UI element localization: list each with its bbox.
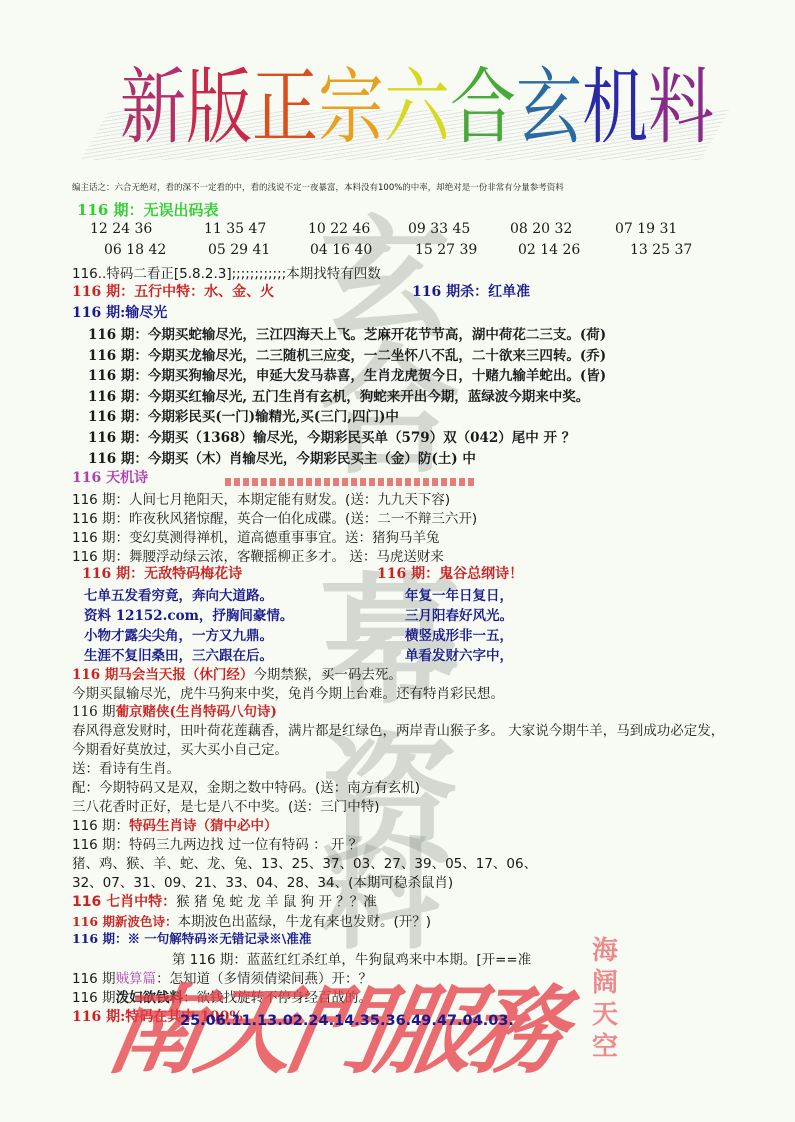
shengxiao-heading-red: 特码生肖诗（猜中必中） [129,818,278,834]
vertical-char: 阔 [592,967,622,999]
code-group: 12 24 36 [90,221,152,237]
meihua-line: 资料 12152.com，抒胸间豪情。 [84,604,293,624]
shujin-heading: 116 期:输尽光 [72,302,167,322]
mahui-heading-red: 116 期马会当天报（休门经） [72,667,253,683]
bose-line: 116 期新波色诗：本期波色出蓝绿，牛龙有来也发财。(开？) [72,910,431,930]
code-group: 11 35 47 [204,221,266,237]
pujing-line: 春风得意发财时，田叶荷花莲藕香，满片都是红绿色，两岸青山猴子多。 大家说今期牛羊… [72,719,724,739]
meihua-heading: 116 期：无敌特码梅花诗 [82,563,242,583]
tianji-heading: 116 天机诗 [72,467,148,487]
shujin-line: 116 期：今期买狗输尽光，申延大发马恭喜，生肖龙虎贺今日，十赌九输羊蛇出。(皆… [88,364,606,384]
jisuan-prefix: 116 期 [72,971,116,987]
pujing-heading-red: 葡京赌侠(生肖特码八句诗) [116,704,277,720]
final-numbers: 25.06.11.13.02.24.14.35.36.49.47.04.03. [180,1013,514,1029]
guigu-line: 年复一年日复日， [405,584,513,604]
qixiao-line: 116 七肖中特：猴 猪 兔 蛇 龙 羊 鼠 狗 开 ？？准 [72,890,377,911]
vertical-char: 空 [592,1031,622,1063]
code-group: 04 16 40 [310,242,372,258]
code-group: 02 14 26 [518,242,580,258]
code-group: 09 33 45 [408,221,470,237]
title-char: 宗 [318,36,382,180]
guigu-line: 横竖成形非一五， [405,624,513,644]
shengxiao-heading: 116 期：特码生肖诗（猜中必中） [72,814,278,834]
codes-heading: 116 期：无误出码表 [77,199,219,220]
shujin-line: 116 期：今期彩民买(一门)输精光,买(三门,四门)中 [88,405,399,425]
wuxing-left: 116 期：五行中特：水、金、火 [72,281,274,301]
pujing-heading: 116 期葡京赌侠(生肖特码八句诗) [72,700,277,720]
meihua-line: 小物才露尖尖角，一方又九鼎。 [84,624,273,644]
shujin-line: 116 期：今期买蛇输尽光，三江四海天上飞。芝麻开花节节高，湖中荷花二三支。(荷… [88,323,606,343]
bose-label: 116 期新波色诗： [72,914,177,929]
calligraphy-vertical: 海 阔 天 空 [592,935,622,1063]
guigu-line: 单看发财六字中， [405,644,513,664]
code-group: 07 19 31 [615,221,677,237]
title-char: 六 [384,36,448,180]
pujing-line: 三八花香时正好，是七是八不中奖。(送：三门中特) [72,795,380,815]
tianji-line: 116 期：舞腰浮动绿云浓，客鞭摇柳正多才。 送：马虎送财来 [72,545,444,565]
mahui-heading-rest: 今期禁猴，买一码去死。 [253,667,402,683]
intro-text: 编主话之：六合无绝对，看的深不一定看的中，看的浅说不定一夜暴富，本料没有100%… [72,181,564,193]
faded-red-text [225,478,475,486]
pujing-prefix: 116 期 [72,704,116,720]
code-group: 13 25 37 [630,242,692,258]
page-title: 新版正宗六合玄机料 [120,50,712,165]
title-char: 版 [186,36,250,180]
title-char: 玄 [516,36,580,180]
shujin-line: 116 期：今期买（1368）输尽光，今期彩民买单（579）双（042）尾中 开… [88,426,575,446]
tema-line: 116..特码二看正[5.8.2.3];;;;;;;;;;;;本期找特有四数 [72,262,381,282]
bose-text: 本期波色出蓝绿，牛龙有来也发财。(开？) [177,914,431,930]
code-group: 15 27 39 [415,242,477,258]
code-group: 08 20 32 [510,221,572,237]
mahui-line: 今期买鼠输尽光，虎牛马狗来中奖，兔肖今期上台难。还有特肖彩民想。 [72,682,504,702]
qixiao-label: 116 七肖中特： [72,894,176,910]
pujing-line: 送：看诗有生肖。 [72,757,180,777]
title-char: 料 [648,36,712,180]
guigu-heading: 116 期：鬼谷总纲诗！ [377,563,523,583]
title-char: 新 [120,36,184,180]
yiju-heading: 116 期：※ 一句解特码※无错记录※\准准 [72,929,311,947]
pujing-line: 今期看好莫放过，买大买小自己定。 [72,738,288,758]
code-group: 05 29 41 [208,242,270,258]
code-group: 10 22 46 [308,221,370,237]
mahui-heading: 116 期马会当天报（休门经）今期禁猴，买一码去死。 [72,663,402,683]
pofu-prefix: 116 期 [72,990,116,1006]
tianji-line: 116 期：人间七月艳阳天，本期定能有财发。(送：九九天下容) [72,488,450,508]
title-char: 合 [450,36,514,180]
meihua-line: 生涯不复旧桑田，三六跟在后。 [84,644,273,664]
title-char: 机 [582,36,646,180]
vertical-char: 海 [592,935,622,967]
shengxiao-line: 猪、鸡、猴、羊、蛇、龙、兔、13、25、37、03、27、39、05、17、06… [72,852,537,872]
shengxiao-line: 32、07、31、09、21、33、04、28、34、(本期可稳杀鼠肖) [72,871,453,891]
shujin-line: 116 期：今期买（木）肖输尽光，今期彩民买主（金）防(土) 中 [88,447,476,467]
vertical-char: 天 [592,999,622,1031]
code-group: 06 18 42 [104,242,166,258]
meihua-line: 七单五发看穷竟，奔向大道路。 [84,584,273,604]
title-char: 正 [252,36,316,180]
qixiao-text: 猴 猪 兔 蛇 龙 羊 鼠 狗 开 ？？准 [176,894,377,910]
guigu-line: 三月阳春好风光。 [405,604,513,624]
tianji-line: 116 期：变幻莫测得禅机，道高德重事事宜。送：猪狗马羊兔 [72,526,440,546]
shujin-line: 116 期：今期买红输尽光, 五门生肖有玄机，狗蛇来开出今期，蓝绿波今期来中奖。 [88,385,589,405]
wuxing-right: 116 期杀：红单准 [412,281,530,301]
shujin-line: 116 期：今期买龙输尽光，二三随机三应变，一二坐怀八不乱，二十欲来三四转。(乔… [88,344,606,364]
shengxiao-line: 116 期：特码三九两边找 过一位有特码 ： 开 ？ [72,833,362,853]
tianji-line: 116 期：昨夜秋风猪惊醒，英合一伯化成碟。(送：二一不辩三六开) [72,507,477,527]
shengxiao-prefix: 116 期： [72,818,129,834]
pujing-line: 配：今期特码又是双，金期之数中特码。(送：南方有玄机) [72,776,420,796]
